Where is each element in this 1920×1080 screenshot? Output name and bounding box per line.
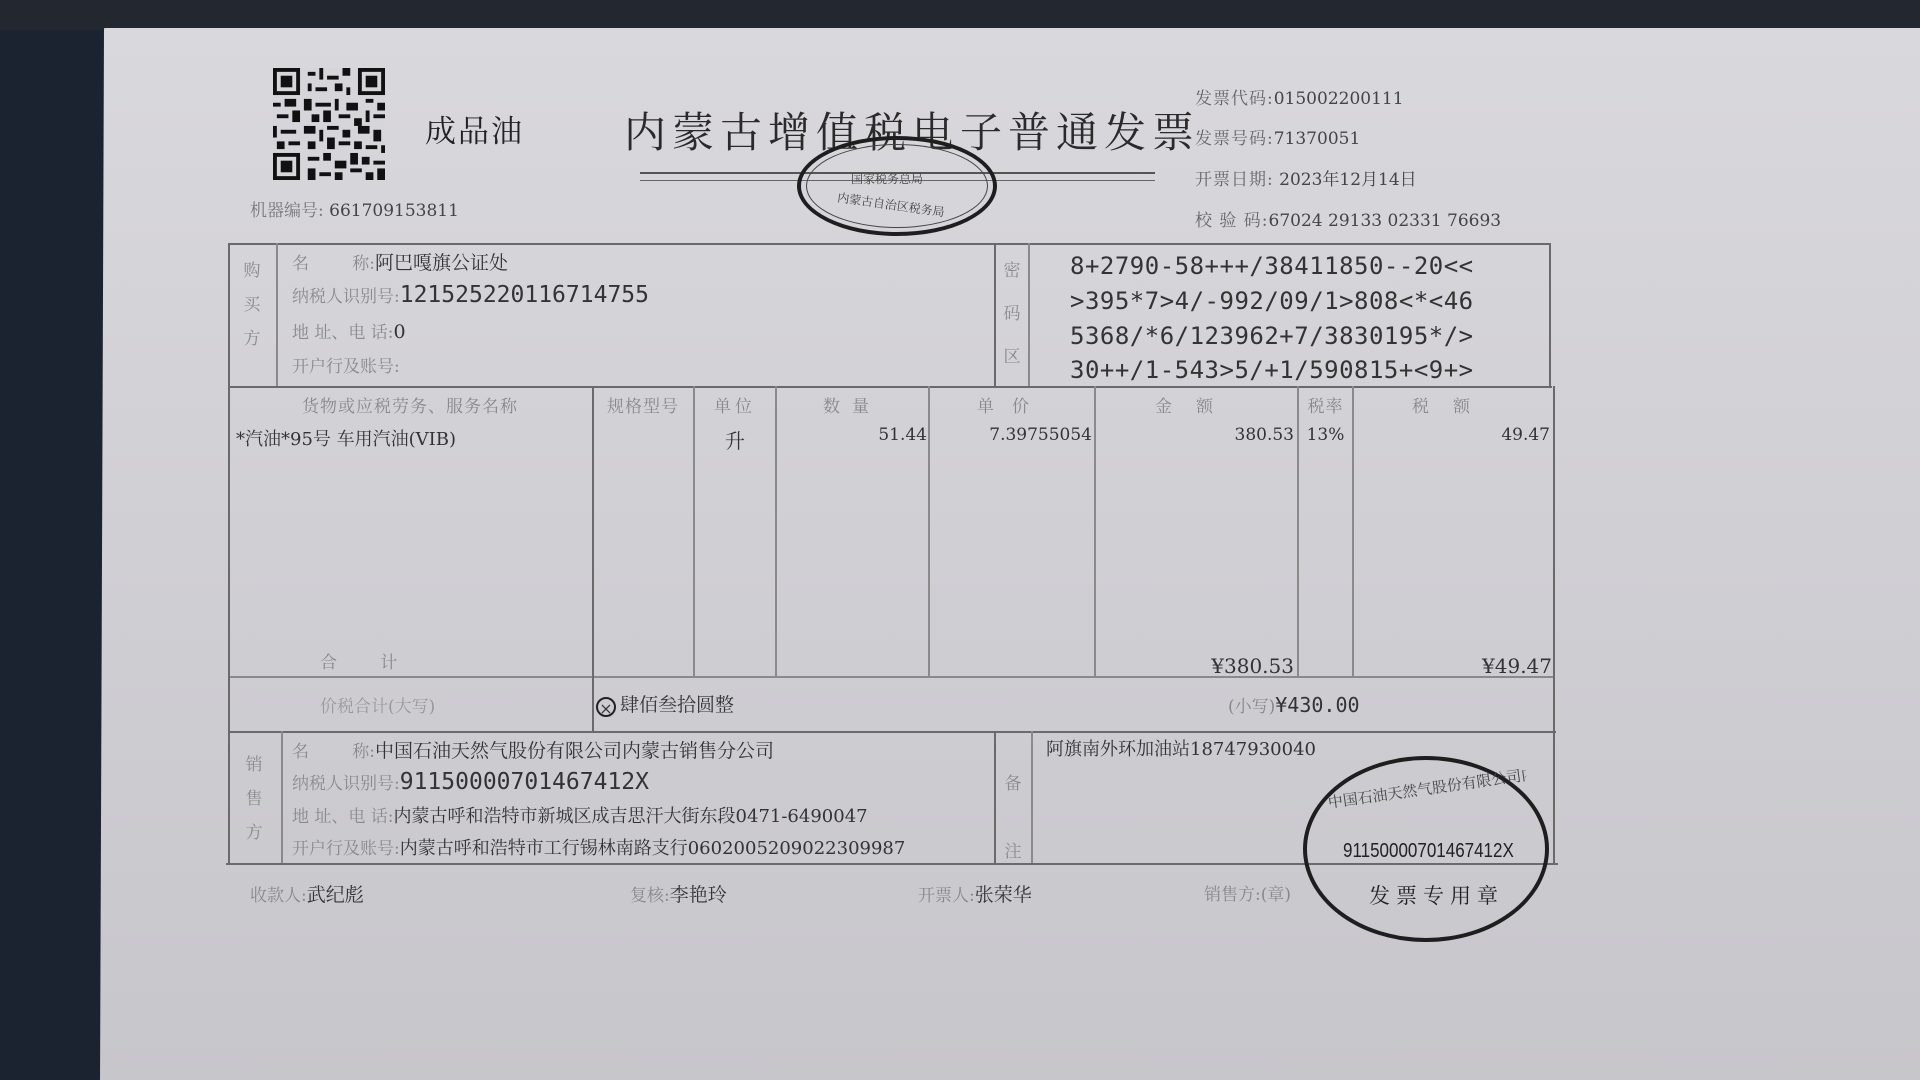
total-uppercase: ×肆佰叁拾圆整 [596,690,734,717]
table-border-right [1553,386,1555,864]
seller-invoice-stamp: 中国石油天然气股份有限公司内蒙古销售分公司 91150000701467412X… [1303,756,1549,942]
col-header-tax: 税额 [1354,392,1552,417]
seller-remarks-divider [994,731,996,863]
item-name: *汽油*95号 车用汽油(VIB) [236,425,456,451]
item-quantity: 51.44 [777,425,927,445]
issuer: 开票人:张荣华 [918,880,1032,907]
total-lowercase: (小写)¥430.00 [1228,692,1360,717]
circled-x-icon: × [596,697,616,717]
document-type-label: 成品油 [425,106,524,151]
seller-label-divider [281,731,283,863]
total-bottom-line [228,731,1556,733]
col-header-amount: 金额 [1096,392,1296,417]
item-tax: 49.47 [1354,425,1550,445]
item-unit-price: 7.39755054 [930,425,1092,445]
table-border-left [228,243,230,864]
col-header-tax-rate: 税率 [1299,392,1352,417]
password-label-divider [1028,243,1030,386]
buyer-tax-id: 纳税人识别号:121525220116714755 [292,282,649,308]
buyer-bank-account: 开户行及账号: [292,352,400,377]
check-code: 校 验 码:67024 29133 02331 76693 [1195,206,1501,231]
cipher-line: 5368/*6/123962+7/3830195*/> [1070,322,1474,350]
invoice-date: 开票日期: 2023年12月14日 [1195,165,1417,190]
seller-bank-account: 开户行及账号:内蒙古呼和浩特市工行锡林南路支行06020052090223099… [292,834,905,860]
reviewer: 复核:李艳玲 [630,880,727,907]
item-unit: 升 [695,425,775,454]
col-header-unit-price: 单价 [930,392,1094,417]
machine-number: 机器编号: 661709153811 [250,196,459,221]
buyer-address-phone: 地 址、电 话:0 [292,318,406,343]
buyer-password-divider [994,243,996,386]
col-header-name: 货物或应税劳务、服务名称 [232,392,588,417]
table-border-right-top [1549,243,1551,387]
col-divider-1 [592,386,594,731]
item-amount: 380.53 [1096,425,1294,445]
total-label: 价税合计(大写) [320,692,435,717]
subtotal-tax: ¥49.47 [1354,654,1552,678]
buyer-name: 名 称:阿巴嘎旗公证处 [292,248,508,275]
invoice-paper [100,28,1920,1080]
col-header-quantity: 数量 [777,392,927,417]
seller-address-phone: 地 址、电 话:内蒙古呼和浩特市新城区成吉思汗大街东段0471-6490047 [292,802,868,828]
cipher-line: 30++/1-543>5/+1/590815+<9+> [1070,356,1474,384]
item-tax-rate: 13% [1299,425,1352,445]
seller-side-label: 销售方 [244,748,264,850]
qr-code-icon [270,68,388,180]
col-header-spec: 规格型号 [594,392,692,417]
password-area-label: 密码区 [1002,250,1022,379]
subtotal-amount: ¥380.53 [1096,654,1294,678]
tax-bureau-stamp: 国家税务总局 内蒙古自治区税务局 [797,136,997,236]
col-header-unit: 单位 [695,392,775,417]
seller-tax-id: 纳税人识别号:91150000701467412X [292,769,649,795]
cipher-line: >395*7>4/-992/09/1>808<*<46 [1070,287,1474,315]
remarks-side-label: 备注 [1003,750,1023,886]
seller-name: 名 称:中国石油天然气股份有限公司内蒙古销售分公司 [292,736,774,763]
buyer-side-label: 购买方 [242,254,262,356]
invoice-code: 发票代码:015002200111 [1195,84,1404,109]
table-border-top [228,243,1550,245]
invoice-number: 发票号码:71370051 [1195,124,1360,149]
payee: 收款人:武纪彪 [250,880,364,907]
cipher-line: 8+2790-58+++/38411850--20<< [1070,252,1474,280]
seller-seal-label: 销售方:(章) [1204,880,1291,905]
remarks-label-divider [1031,731,1033,863]
buyer-label-divider [276,243,278,386]
remarks-text: 阿旗南外环加油站18747930040 [1046,735,1316,761]
subtotal-label: 合 计 [320,648,397,673]
desk-background [0,0,1920,30]
